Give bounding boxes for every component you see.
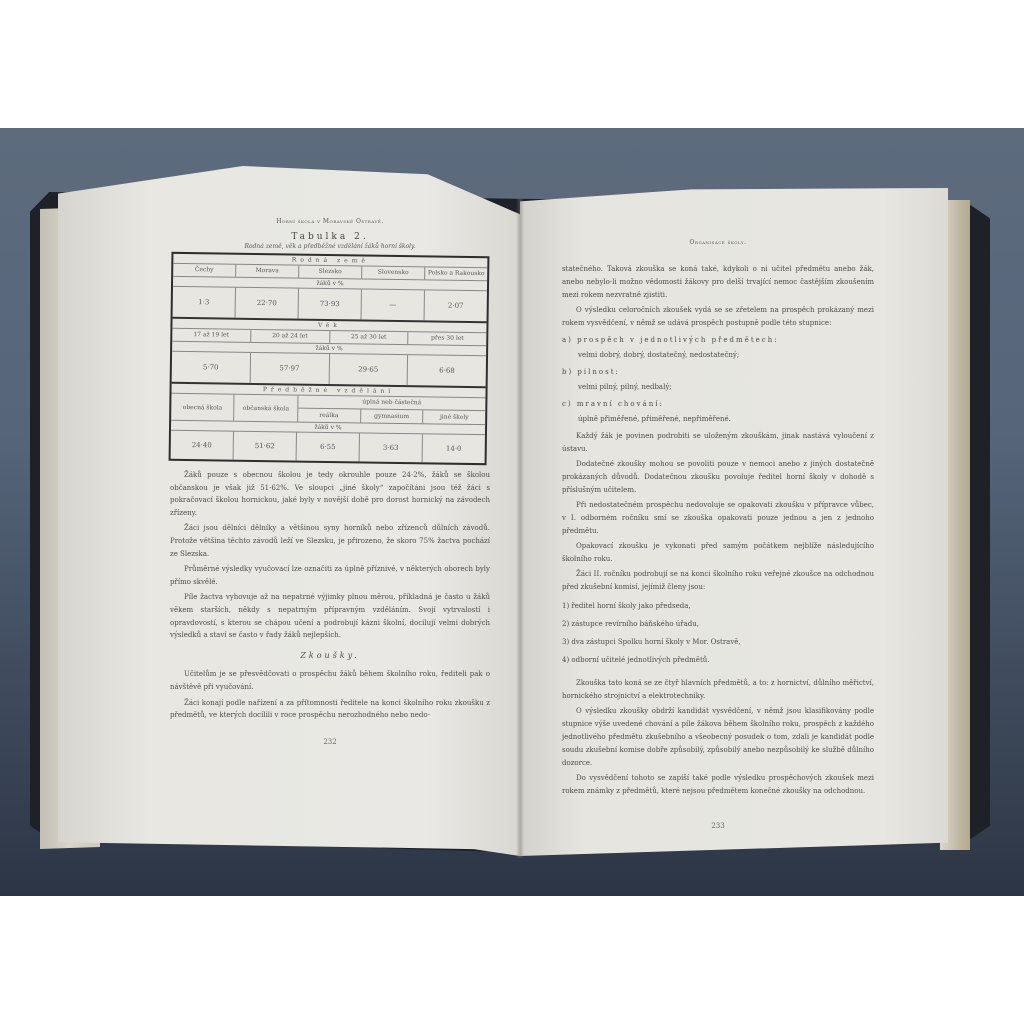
paragraph: O výsledku celoročních zkoušek vydá se s… [562,304,874,330]
cell-value: 6·68 [408,355,486,386]
paragraph: statečného. Taková zkouška se koná také,… [562,263,874,302]
column-header: občanská škola [235,395,299,422]
paragraph: Učitelům je se přesvědčovati o prospěchu… [170,668,490,693]
table-section-education: Předběžné vzdělání obecná škola občanská… [171,384,486,463]
list-item: 2) zástupce revírního báňského úřadu, [562,618,874,631]
value-row: 5·70 57·97 29·65 6·68 [172,352,486,386]
grade-values: velmi pilný, pilný, nedbalý; [562,381,874,394]
running-head-left: Horní škola v Moravské Ostravě. [170,218,490,225]
book-gutter [516,198,524,858]
column-header: Slovensko [362,266,425,279]
committee-list: 1) ředitel horní školy jako předseda, 2)… [562,600,874,667]
group-subheaders: reálka gymnasium jiné školy [298,409,485,425]
cell-value: 1·3 [173,287,236,318]
cell-value: 24·40 [171,431,234,460]
statistics-table: Rodná země Čechy Morava Slezsko Slovensk… [169,252,490,465]
column-header: Morava [236,265,299,278]
section-heading: Zkoušky. [170,650,490,663]
paragraph: Dodatečné zkoušky mohou se povoliti pouz… [562,458,874,497]
cell-value: 73·93 [299,289,362,320]
column-header: Čechy [173,264,236,277]
paragraph: Zkouška tato koná se ze čtyř hlavních př… [562,677,874,703]
grade-values: úplně přiměřené, přiměřené, nepřiměřené. [562,413,874,426]
table-subtitle: Rodná země, věk a předběžné vzdělání žák… [170,243,490,250]
paragraph: Žáků pouze s obecnou školou je tedy okro… [170,469,490,519]
column-header: 17 až 19 let [172,329,251,342]
value-row: 1·3 22·70 73·93 — 2·07 [173,287,487,321]
page-number-left: 232 [170,738,490,746]
cell-value: 3·63 [360,433,423,462]
cell-value: 51·62 [234,432,297,461]
cell-value: 2·07 [425,290,487,321]
column-header: přes 30 let [408,332,486,345]
column-header: obecná škola [171,394,235,421]
list-item: 3) dva zástupci Spolku horní školy v Mor… [562,636,874,649]
grade-label: a) prospěch v jednotlivých předmětech: [562,334,874,347]
paragraph: Každý žák je povinen podrobiti se uložen… [562,430,874,456]
paragraph: Žáci jsou dělníci dělníky a většinou syn… [170,522,490,560]
left-page-content: Horní škola v Moravské Ostravě. Tabulka … [170,218,490,746]
list-item: 4) odborní učitelé jednotlivých předmětů… [562,654,874,667]
grade-values: velmi dobrý, dobrý, dostatečný, nedostat… [562,349,874,362]
paragraph: Opakovací zkoušku je vykonati před samým… [562,540,874,566]
table-section-age: Věk 17 až 19 let 20 až 24 let 25 až 30 l… [172,319,487,388]
table-section-birthplace: Rodná země Čechy Morava Slezsko Slovensk… [173,254,488,323]
column-header: jiné školy [423,410,485,424]
list-item: 1) ředitel horní školy jako předseda, [562,600,874,613]
page-number-right: 233 [562,820,874,833]
header-row: obecná škola občanská škola úplná neb čá… [171,394,485,425]
column-header: gymnasium [361,409,424,423]
cell-value: — [362,289,425,320]
grade-label: c) mravní chování: [562,398,874,411]
paragraph: O výsledku zkoušky obdrží kandidát vysvě… [562,705,874,770]
column-header: reálka [298,409,361,423]
column-header: 25 až 30 let [330,331,409,344]
column-group: úplná neb částečná reálka gymnasium jiné… [298,396,486,425]
column-header: Polsko a Rakousko [425,267,487,280]
cell-value: 5·70 [172,352,251,383]
paragraph: Žáci II. ročníku podrobují se na konci š… [562,568,874,594]
column-header: Slezsko [299,266,362,279]
paragraph: Do vysvědčení tohoto se zapíší také podl… [562,772,874,798]
table-title: Tabulka 2. [170,232,490,242]
running-head-right: Organisace školy. [562,236,874,249]
cell-value: 29·65 [329,354,408,385]
left-body-text: Žáků pouze s obecnou školou je tedy okro… [170,469,490,722]
cell-value: 57·97 [250,353,329,384]
paragraph: Píle žactva vyhovuje až na nepatrné výji… [170,591,490,641]
value-row: 24·40 51·62 6·55 3·63 14·0 [171,431,485,463]
cell-value: 14·0 [423,434,485,463]
grade-label: b) pilnost: [562,366,874,379]
cell-value: 22·70 [236,288,299,319]
column-header: 20 až 24 let [251,330,330,343]
right-page-content: Organisace školy. statečného. Taková zko… [562,236,874,833]
paragraph: Žáci konají podle nařízení a za přítomno… [170,697,490,722]
paragraph: Průměrné výsledky vyučovací lze označiti… [170,563,490,588]
cell-value: 6·55 [297,433,360,462]
paragraph: Při nedostatečném prospěchu nedovoluje s… [562,499,874,538]
